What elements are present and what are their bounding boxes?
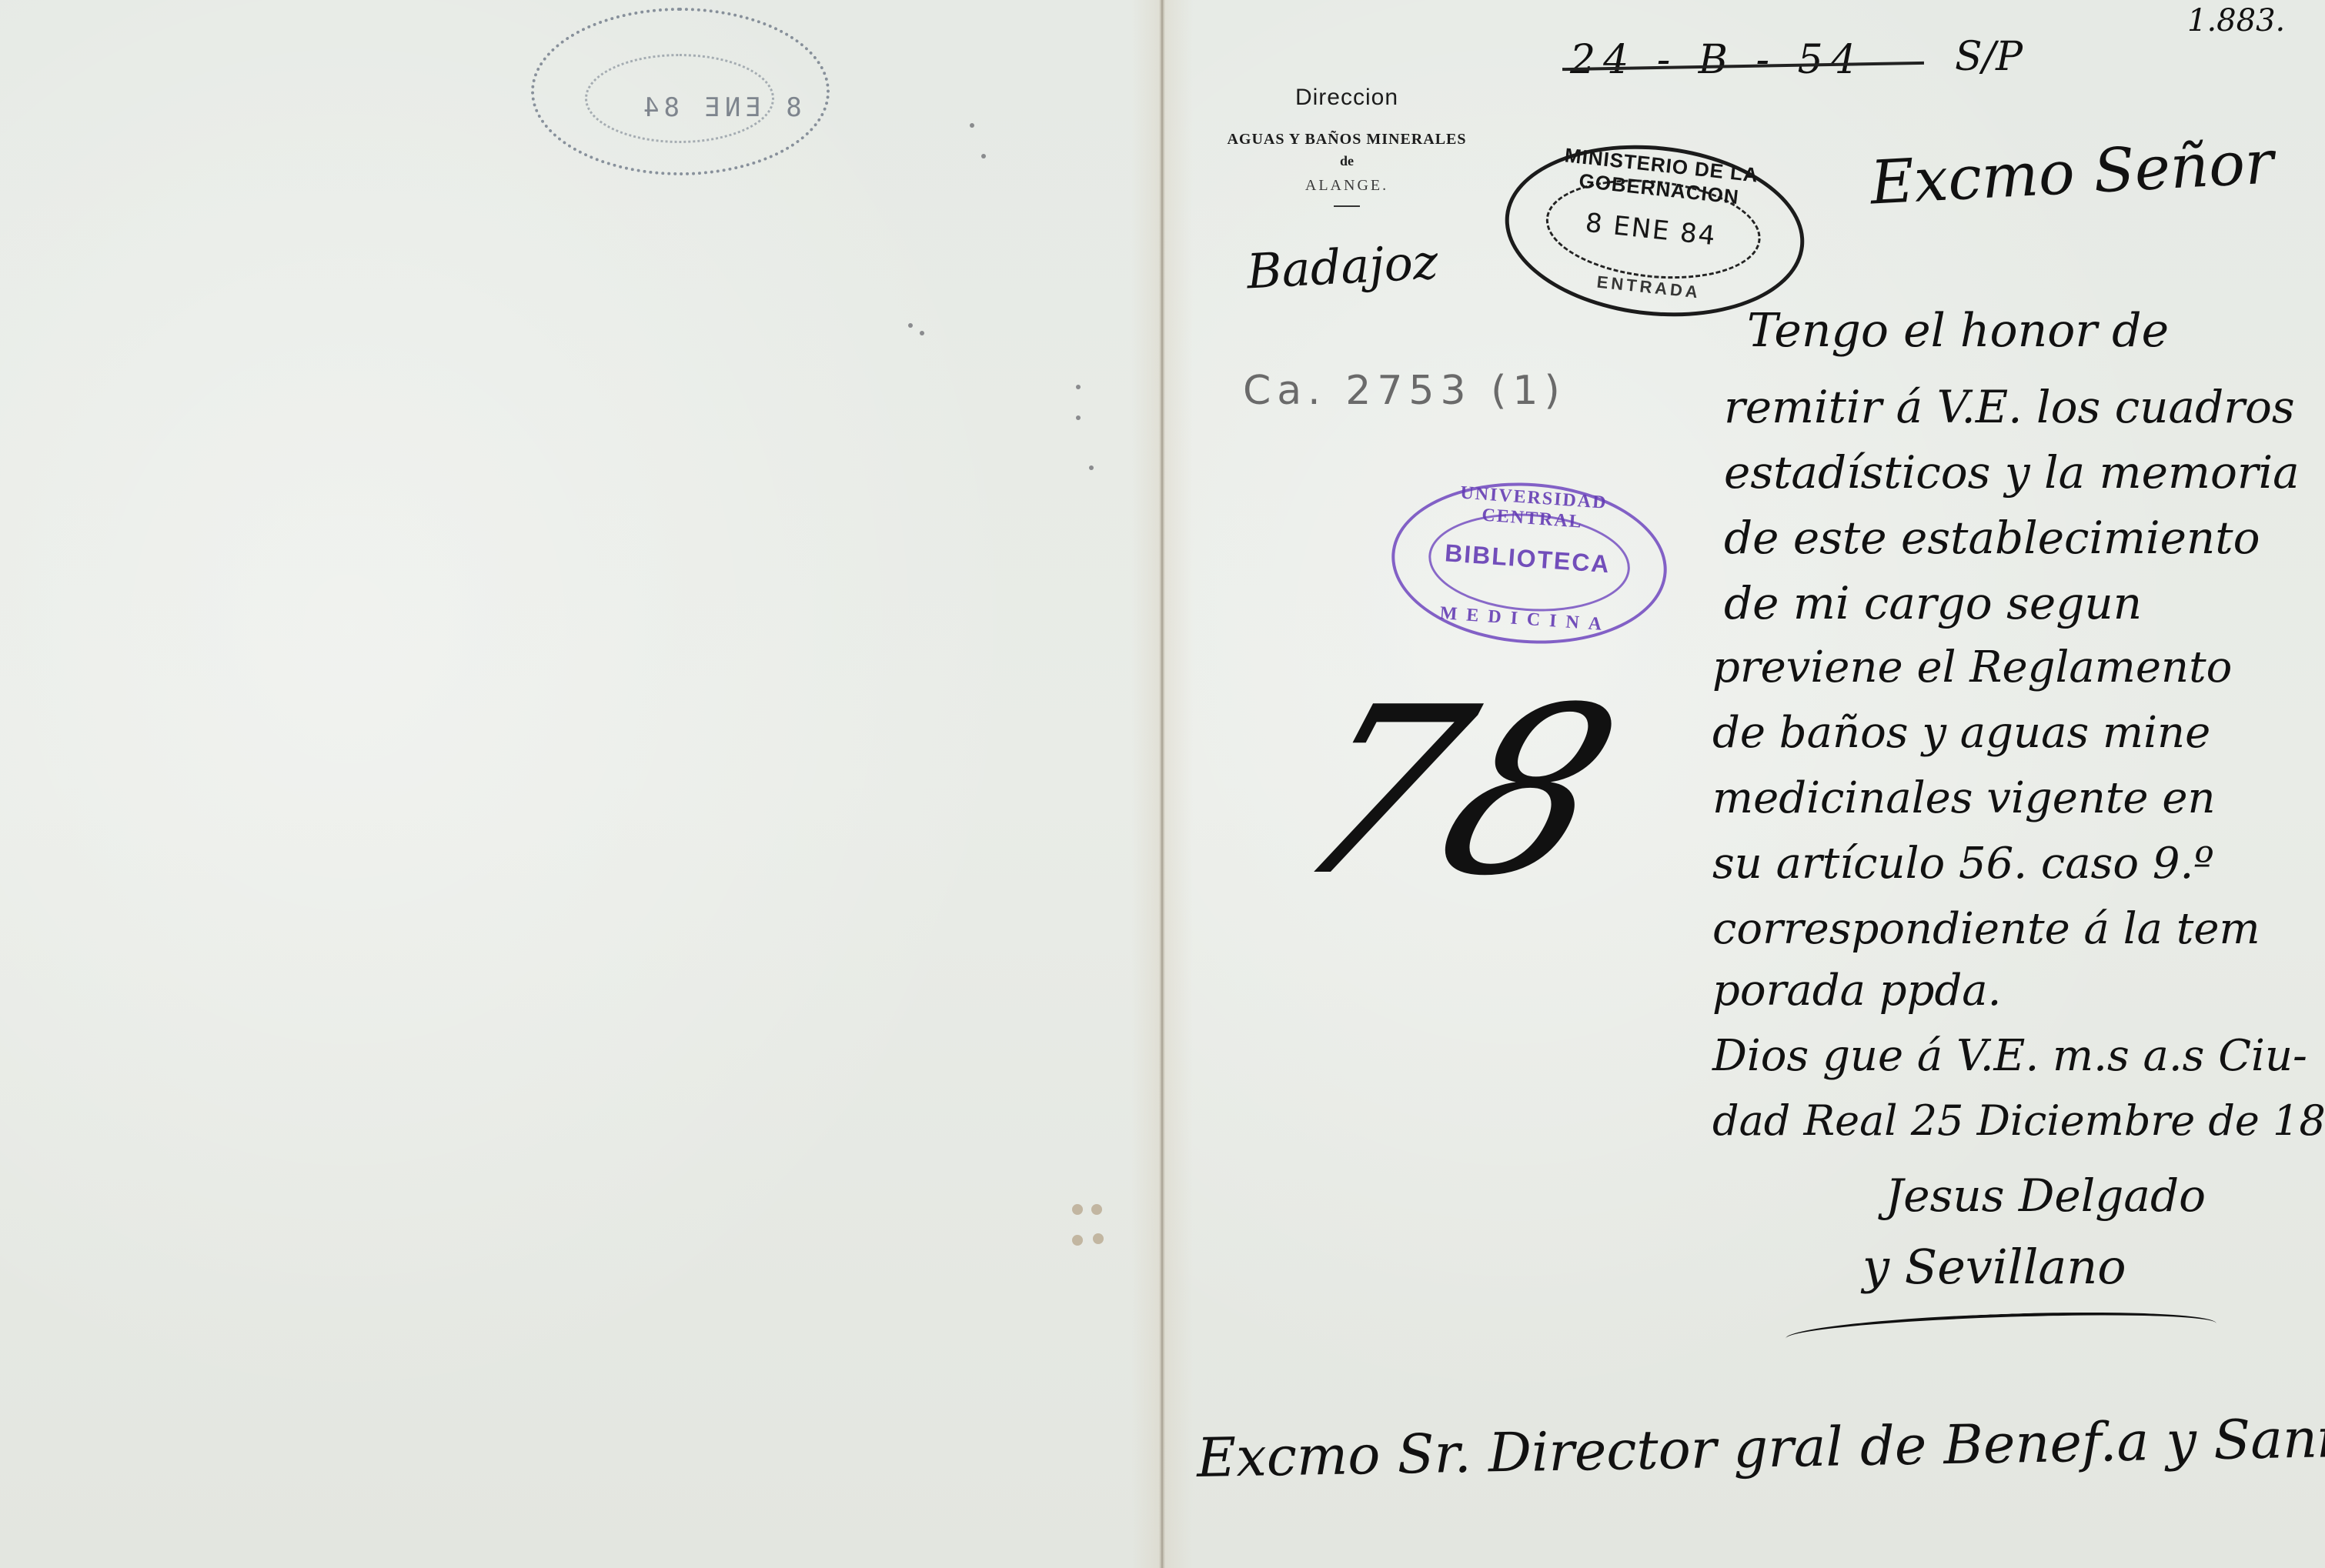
body-line: correspondiente á la tem bbox=[1712, 904, 2260, 954]
letterhead-place: ALANGE. bbox=[1201, 177, 1493, 195]
corner-annotation: 1.883. bbox=[2187, 3, 2285, 38]
body-line: Tengo el honor de bbox=[1747, 304, 2169, 358]
letterhead-connector: de bbox=[1201, 153, 1493, 169]
speck bbox=[1076, 385, 1081, 389]
stain bbox=[1072, 1204, 1083, 1215]
stain bbox=[1072, 1235, 1083, 1246]
catalog-number: Ca. 2753 (1) bbox=[1243, 368, 1566, 414]
body-line: porada ppda. bbox=[1712, 966, 2001, 1016]
page-fold bbox=[1159, 0, 1165, 1568]
signature-line-2: y Sevillano bbox=[1862, 1239, 2126, 1295]
speck bbox=[1089, 465, 1094, 470]
speck bbox=[920, 331, 924, 335]
stain bbox=[1091, 1204, 1102, 1215]
body-line: medicinales vigente en bbox=[1712, 773, 2216, 823]
body-line: de este establecimiento bbox=[1724, 512, 2260, 564]
letterhead-subtitle: AGUAS Y BAÑOS MINERALES bbox=[1201, 131, 1493, 148]
body-line: dad Real 25 Diciembre de 1883. bbox=[1712, 1096, 2325, 1145]
speck bbox=[970, 123, 974, 128]
speck bbox=[1076, 415, 1081, 420]
signature-line-1: Jesus Delgado bbox=[1886, 1169, 2206, 1222]
body-line: Dios gue á V.E. m.s a.s Ciu- bbox=[1712, 1031, 2307, 1081]
letterhead-rule bbox=[1334, 205, 1360, 207]
body-line: su artículo 56. caso 9.º bbox=[1712, 839, 2214, 889]
body-line: previene el Reglamento bbox=[1712, 642, 2232, 692]
left-page bbox=[0, 0, 1161, 1568]
body-line: estadísticos y la memoria bbox=[1724, 446, 2300, 499]
speck bbox=[908, 323, 913, 328]
crossed-reference-suffix: S/P bbox=[1955, 34, 2023, 80]
letterhead-title: Direccion bbox=[1201, 85, 1493, 111]
crossed-out-reference: 24 - B - 54 bbox=[1570, 37, 1864, 83]
body-line: de mi cargo segun bbox=[1724, 577, 2142, 629]
province-handwritten: Badajoz bbox=[1245, 234, 1439, 300]
stain bbox=[1093, 1233, 1104, 1244]
body-line: de baños y aguas mine bbox=[1712, 708, 2210, 758]
body-line: remitir á V.E. los cuadros bbox=[1724, 381, 2295, 433]
ghost-stamp-date: 8 ENE 84 bbox=[639, 92, 802, 123]
speck bbox=[981, 154, 986, 158]
letterhead: Direccion AGUAS Y BAÑOS MINERALES de ALA… bbox=[1201, 85, 1493, 207]
